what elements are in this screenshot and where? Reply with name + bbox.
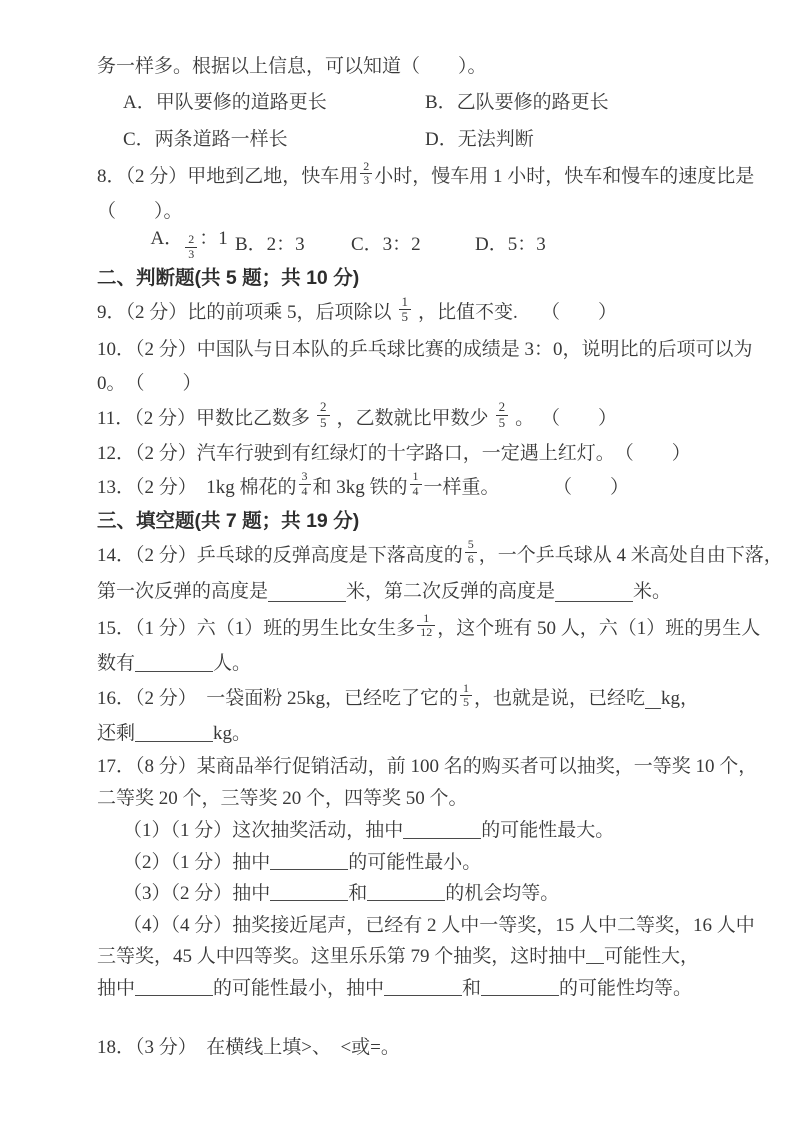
fraction-two-fifths: 2 5 bbox=[317, 400, 330, 430]
question-17-text-2: 二等奖 20 个，三等奖 20 个，四等奖 50 个。 bbox=[97, 783, 468, 810]
question-7-option-d: D．无法判断 bbox=[425, 124, 534, 151]
section-fill-heading-row: 三、填空题(共 7 题；共 19 分) bbox=[97, 502, 699, 535]
fraction-denominator: 5 bbox=[399, 309, 412, 324]
question-17-sub2-b: 的可能性最小。 bbox=[348, 847, 481, 874]
question-15-stem-a: 15．（1 分）六（1）班的男生比女生多 bbox=[97, 613, 415, 640]
question-9-stem-a: 9．（2 分）比的前项乘 5，后项除以 bbox=[97, 297, 392, 324]
question-17-line-1: 17．（8 分）某商品举行促销活动，前 100 名的购买者可以抽奖，一等奖 10… bbox=[97, 748, 699, 781]
question-14-line-1: 14．（2 分）乒乓球的反弹高度是下落高度的 5 6 ，一个乒乓球从 4 米高处… bbox=[97, 535, 699, 571]
question-17-text-1: 17．（8 分）某商品举行促销活动，前 100 名的购买者可以抽奖，一等奖 10… bbox=[97, 751, 757, 778]
question-13-answer-parentheses: （ ） bbox=[553, 472, 629, 499]
question-11-row: 11．（2 分）甲数比乙数多 2 5 ，乙数就比甲数少 2 5 。 （ ） bbox=[97, 398, 699, 434]
question-16-line2-a: 还剩 bbox=[97, 718, 135, 745]
question-8-option-b: B．2：3 bbox=[235, 229, 351, 256]
question-7-tail-text: 务一样多。根据以上信息，可以知道（ ）。 bbox=[97, 51, 487, 78]
fraction-numerator: 3 bbox=[299, 470, 311, 483]
question-11-stem-a: 11．（2 分）甲数比乙数多 bbox=[97, 403, 310, 430]
question-17-sub3-c: 的机会均等。 bbox=[445, 878, 559, 905]
question-16-line-2: 还剩 kg。 bbox=[97, 715, 699, 748]
question-12-answer-parentheses: （ ） bbox=[615, 438, 691, 465]
question-17-sub1-a: （1）（1 分）这次抽奖活动，抽中 bbox=[123, 815, 403, 842]
fraction-numerator: 2 bbox=[317, 400, 330, 414]
question-10-text-continuation: 0。 bbox=[97, 368, 126, 395]
fraction-denominator: 5 bbox=[317, 415, 330, 430]
question-17-sub2-a: （2）（1 分）抽中 bbox=[123, 847, 270, 874]
question-9-stem-b: ，比值不变. bbox=[418, 297, 518, 324]
question-13-stem-c: 一样重。 bbox=[424, 472, 500, 499]
question-10-line-1: 10．（2 分）中国队与日本队的乒乓球比赛的成绩是 3：0，说明比的后项可以为 bbox=[97, 329, 699, 365]
answer-blank bbox=[481, 976, 559, 996]
question-11-stem-c: 。 bbox=[515, 403, 534, 430]
question-11-answer-parentheses: （ ） bbox=[541, 403, 617, 430]
fraction-one-twelfth: 1 12 bbox=[417, 612, 435, 639]
answer-blank bbox=[645, 689, 661, 709]
fraction-denominator: 12 bbox=[417, 625, 435, 639]
fraction-two-thirds: 2 3 bbox=[360, 160, 372, 187]
question-17-sub4-line3-c: 和 bbox=[462, 973, 481, 1000]
question-7-options-row-2: C．两条道路一样长 D．无法判断 bbox=[97, 119, 699, 156]
question-17-sub4-line3-a: 抽中 bbox=[97, 973, 135, 1000]
question-8-options-row: A．23：1 B．2：3 C．3：2 D．5：3 bbox=[97, 226, 699, 259]
fraction-denominator: 5 bbox=[496, 415, 509, 430]
exam-paper-page: 务一样多。根据以上信息，可以知道（ ）。 A．甲队要修的道路更长 B．乙队要修的… bbox=[0, 0, 793, 1122]
fraction-one-quarter: 1 4 bbox=[410, 470, 422, 497]
question-15-line2-b: 人。 bbox=[213, 648, 251, 675]
answer-blank bbox=[135, 976, 213, 996]
fraction-two-fifths: 2 5 bbox=[496, 400, 509, 430]
question-17-sub-1: （1）（1 分）这次抽奖活动，抽中 的可能性最大。 bbox=[97, 812, 699, 845]
question-9-row: 9．（2 分）比的前项乘 5，后项除以 1 5 ，比值不变. （ ） bbox=[97, 292, 699, 329]
question-8-option-a-tail: ：1 bbox=[199, 228, 228, 249]
question-15-line-2: 数有 人。 bbox=[97, 645, 699, 678]
question-14-stem-a: 14．（2 分）乒乓球的反弹高度是下落高度的 bbox=[97, 540, 463, 567]
question-16-stem-a: 16．（2 分） 一袋面粉 25kg，已经吃了它的 bbox=[97, 683, 458, 710]
answer-blank bbox=[135, 652, 213, 672]
question-18-stem: 18．（3 分） 在横线上填>、 <或=。 bbox=[97, 1032, 400, 1059]
question-14-stem-b: ，一个乒乓球从 4 米高处自由下落， bbox=[479, 540, 783, 567]
question-16-stem-b: ，也就是说，已经吃 bbox=[474, 683, 645, 710]
question-13-stem-b: 和 3kg 铁的 bbox=[313, 472, 408, 499]
fraction-one-fifth: 1 5 bbox=[399, 295, 412, 325]
answer-blank bbox=[270, 881, 348, 901]
fraction-denominator: 5 bbox=[460, 695, 472, 709]
question-7-options-row-1: A．甲队要修的道路更长 B．乙队要修的路更长 bbox=[97, 82, 699, 119]
question-12-stem: 12．（2 分）汽车行驶到有红绿灯的十字路口，一定遇上红灯。 bbox=[97, 438, 615, 465]
question-15-stem-b: ，这个班有 50 人，六（1）班的男生人 bbox=[437, 613, 760, 640]
question-17-sub4-line3-d: 的可能性均等。 bbox=[559, 973, 692, 1000]
question-17-sub-4-line-1: （4）（4 分）抽奖接近尾声，已经有 2 人中一等奖，15 人中二等奖，16 人… bbox=[97, 907, 699, 939]
question-17-sub3-a: （3）（2 分）抽中 bbox=[123, 878, 270, 905]
section-judge-title: 二、判断题(共 5 题；共 10 分) bbox=[97, 262, 359, 290]
question-14-line2-a: 第一次反弹的高度是 bbox=[97, 576, 268, 603]
fraction-three-quarters: 3 4 bbox=[299, 470, 311, 497]
question-17-sub4-text-1: （4）（4 分）抽奖接近尾声，已经有 2 人中一等奖，15 人中二等奖，16 人… bbox=[123, 910, 755, 937]
question-8-stem-a: 8．（2 分）甲地到乙地，快车用 bbox=[97, 161, 358, 188]
answer-blank bbox=[586, 944, 604, 964]
answer-blank bbox=[555, 582, 633, 602]
fraction-denominator: 6 bbox=[465, 552, 477, 566]
question-7-option-c: C．两条道路一样长 bbox=[123, 124, 425, 151]
answer-blank bbox=[135, 722, 213, 742]
answer-blank bbox=[270, 850, 348, 870]
fraction-numerator: 5 bbox=[465, 538, 477, 551]
question-13-stem-a: 13．（2 分） 1kg 棉花的 bbox=[97, 472, 297, 499]
answer-blank bbox=[268, 582, 346, 602]
fraction-denominator: 4 bbox=[410, 484, 422, 498]
answer-blank bbox=[384, 976, 462, 996]
section-fill-title: 三、填空题(共 7 题；共 19 分) bbox=[97, 505, 359, 533]
question-15-line2-a: 数有 bbox=[97, 648, 135, 675]
question-8-stem-b: 小时，慢车用 1 小时，快车和慢车的速度比是 bbox=[374, 161, 754, 188]
question-17-sub-4-line-3: 抽中 的可能性最小，抽中 和 的可能性均等。 bbox=[97, 970, 699, 1002]
question-11-stem-b: ，乙数就比甲数少 bbox=[337, 403, 489, 430]
question-13-row: 13．（2 分） 1kg 棉花的 3 4 和 3kg 铁的 1 4 一样重。 （… bbox=[97, 468, 699, 502]
question-14-line2-c: 米。 bbox=[633, 576, 671, 603]
fraction-numerator: 2 bbox=[496, 400, 509, 414]
fraction-denominator: 4 bbox=[299, 484, 311, 498]
question-10-line-2: 0。 （ ） bbox=[97, 365, 699, 398]
question-17-sub-4-line-2: 三等奖，45 人中四等奖。这里乐乐第 79 个抽奖，这时抽中 可能性大， bbox=[97, 939, 699, 970]
question-16-stem-c: kg， bbox=[661, 683, 699, 710]
fraction-numerator: 1 bbox=[399, 295, 412, 309]
question-8-option-d: D．5：3 bbox=[475, 229, 546, 256]
question-14-line-2: 第一次反弹的高度是 米，第二次反弹的高度是 米。 bbox=[97, 571, 699, 608]
question-18-row: 18．（3 分） 在横线上填>、 <或=。 bbox=[97, 1029, 699, 1062]
question-15-line-1: 15．（1 分）六（1）班的男生比女生多 1 12 ，这个班有 50 人，六（1… bbox=[97, 608, 699, 645]
question-12-row: 12．（2 分）汽车行驶到有红绿灯的十字路口，一定遇上红灯。 （ ） bbox=[97, 434, 699, 468]
question-17-sub-3: （3）（2 分）抽中 和 的机会均等。 bbox=[97, 876, 699, 907]
question-7-option-b: B．乙队要修的路更长 bbox=[425, 87, 609, 114]
fraction-numerator: 1 bbox=[420, 612, 432, 625]
fraction-one-fifth: 1 5 bbox=[460, 682, 472, 709]
question-17-sub-2: （2）（1 分）抽中 的可能性最小。 bbox=[97, 845, 699, 876]
fraction-numerator: 1 bbox=[460, 682, 472, 695]
question-8-option-a-label: A． bbox=[150, 228, 183, 249]
question-17-sub3-b: 和 bbox=[348, 878, 367, 905]
answer-blank bbox=[367, 881, 445, 901]
question-7-option-a: A．甲队要修的道路更长 bbox=[123, 87, 425, 114]
fraction-denominator: 3 bbox=[185, 247, 197, 261]
fraction-denominator: 3 bbox=[360, 173, 372, 187]
fraction-numerator: 2 bbox=[360, 160, 372, 173]
question-17-sub4-line2-b: 可能性大， bbox=[604, 941, 699, 968]
fraction-numerator: 1 bbox=[410, 470, 422, 483]
question-7-continuation: 务一样多。根据以上信息，可以知道（ ）。 bbox=[97, 46, 699, 82]
question-10-answer-parentheses: （ ） bbox=[126, 368, 202, 395]
question-8-option-c: C．3：2 bbox=[351, 229, 475, 256]
question-14-line2-b: 米，第二次反弹的高度是 bbox=[346, 576, 555, 603]
section-judge-heading-row: 二、判断题(共 5 题；共 10 分) bbox=[97, 259, 699, 292]
fraction-five-sixths: 5 6 bbox=[465, 538, 477, 565]
fraction-numerator: 2 bbox=[185, 233, 197, 246]
question-17-sub1-b: 的可能性最大。 bbox=[481, 815, 614, 842]
fraction-two-thirds: 23 bbox=[185, 233, 197, 260]
question-10-text: 10．（2 分）中国队与日本队的乒乓球比赛的成绩是 3：0，说明比的后项可以为 bbox=[97, 334, 753, 361]
question-17-sub4-line3-b: 的可能性最小，抽中 bbox=[213, 973, 384, 1000]
question-9-answer-parentheses: （ ） bbox=[541, 297, 617, 324]
question-16-line-1: 16．（2 分） 一袋面粉 25kg，已经吃了它的 1 5 ，也就是说，已经吃 … bbox=[97, 678, 699, 715]
question-8-stem-line-1: 8．（2 分）甲地到乙地，快车用 2 3 小时，慢车用 1 小时，快车和慢车的速… bbox=[97, 156, 699, 193]
answer-blank bbox=[403, 819, 481, 839]
question-16-line2-b: kg。 bbox=[213, 718, 251, 745]
question-17-sub4-line2-a: 三等奖，45 人中四等奖。这里乐乐第 79 个抽奖，这时抽中 bbox=[97, 941, 586, 968]
question-17-line-2: 二等奖 20 个，三等奖 20 个，四等奖 50 个。 bbox=[97, 781, 699, 812]
